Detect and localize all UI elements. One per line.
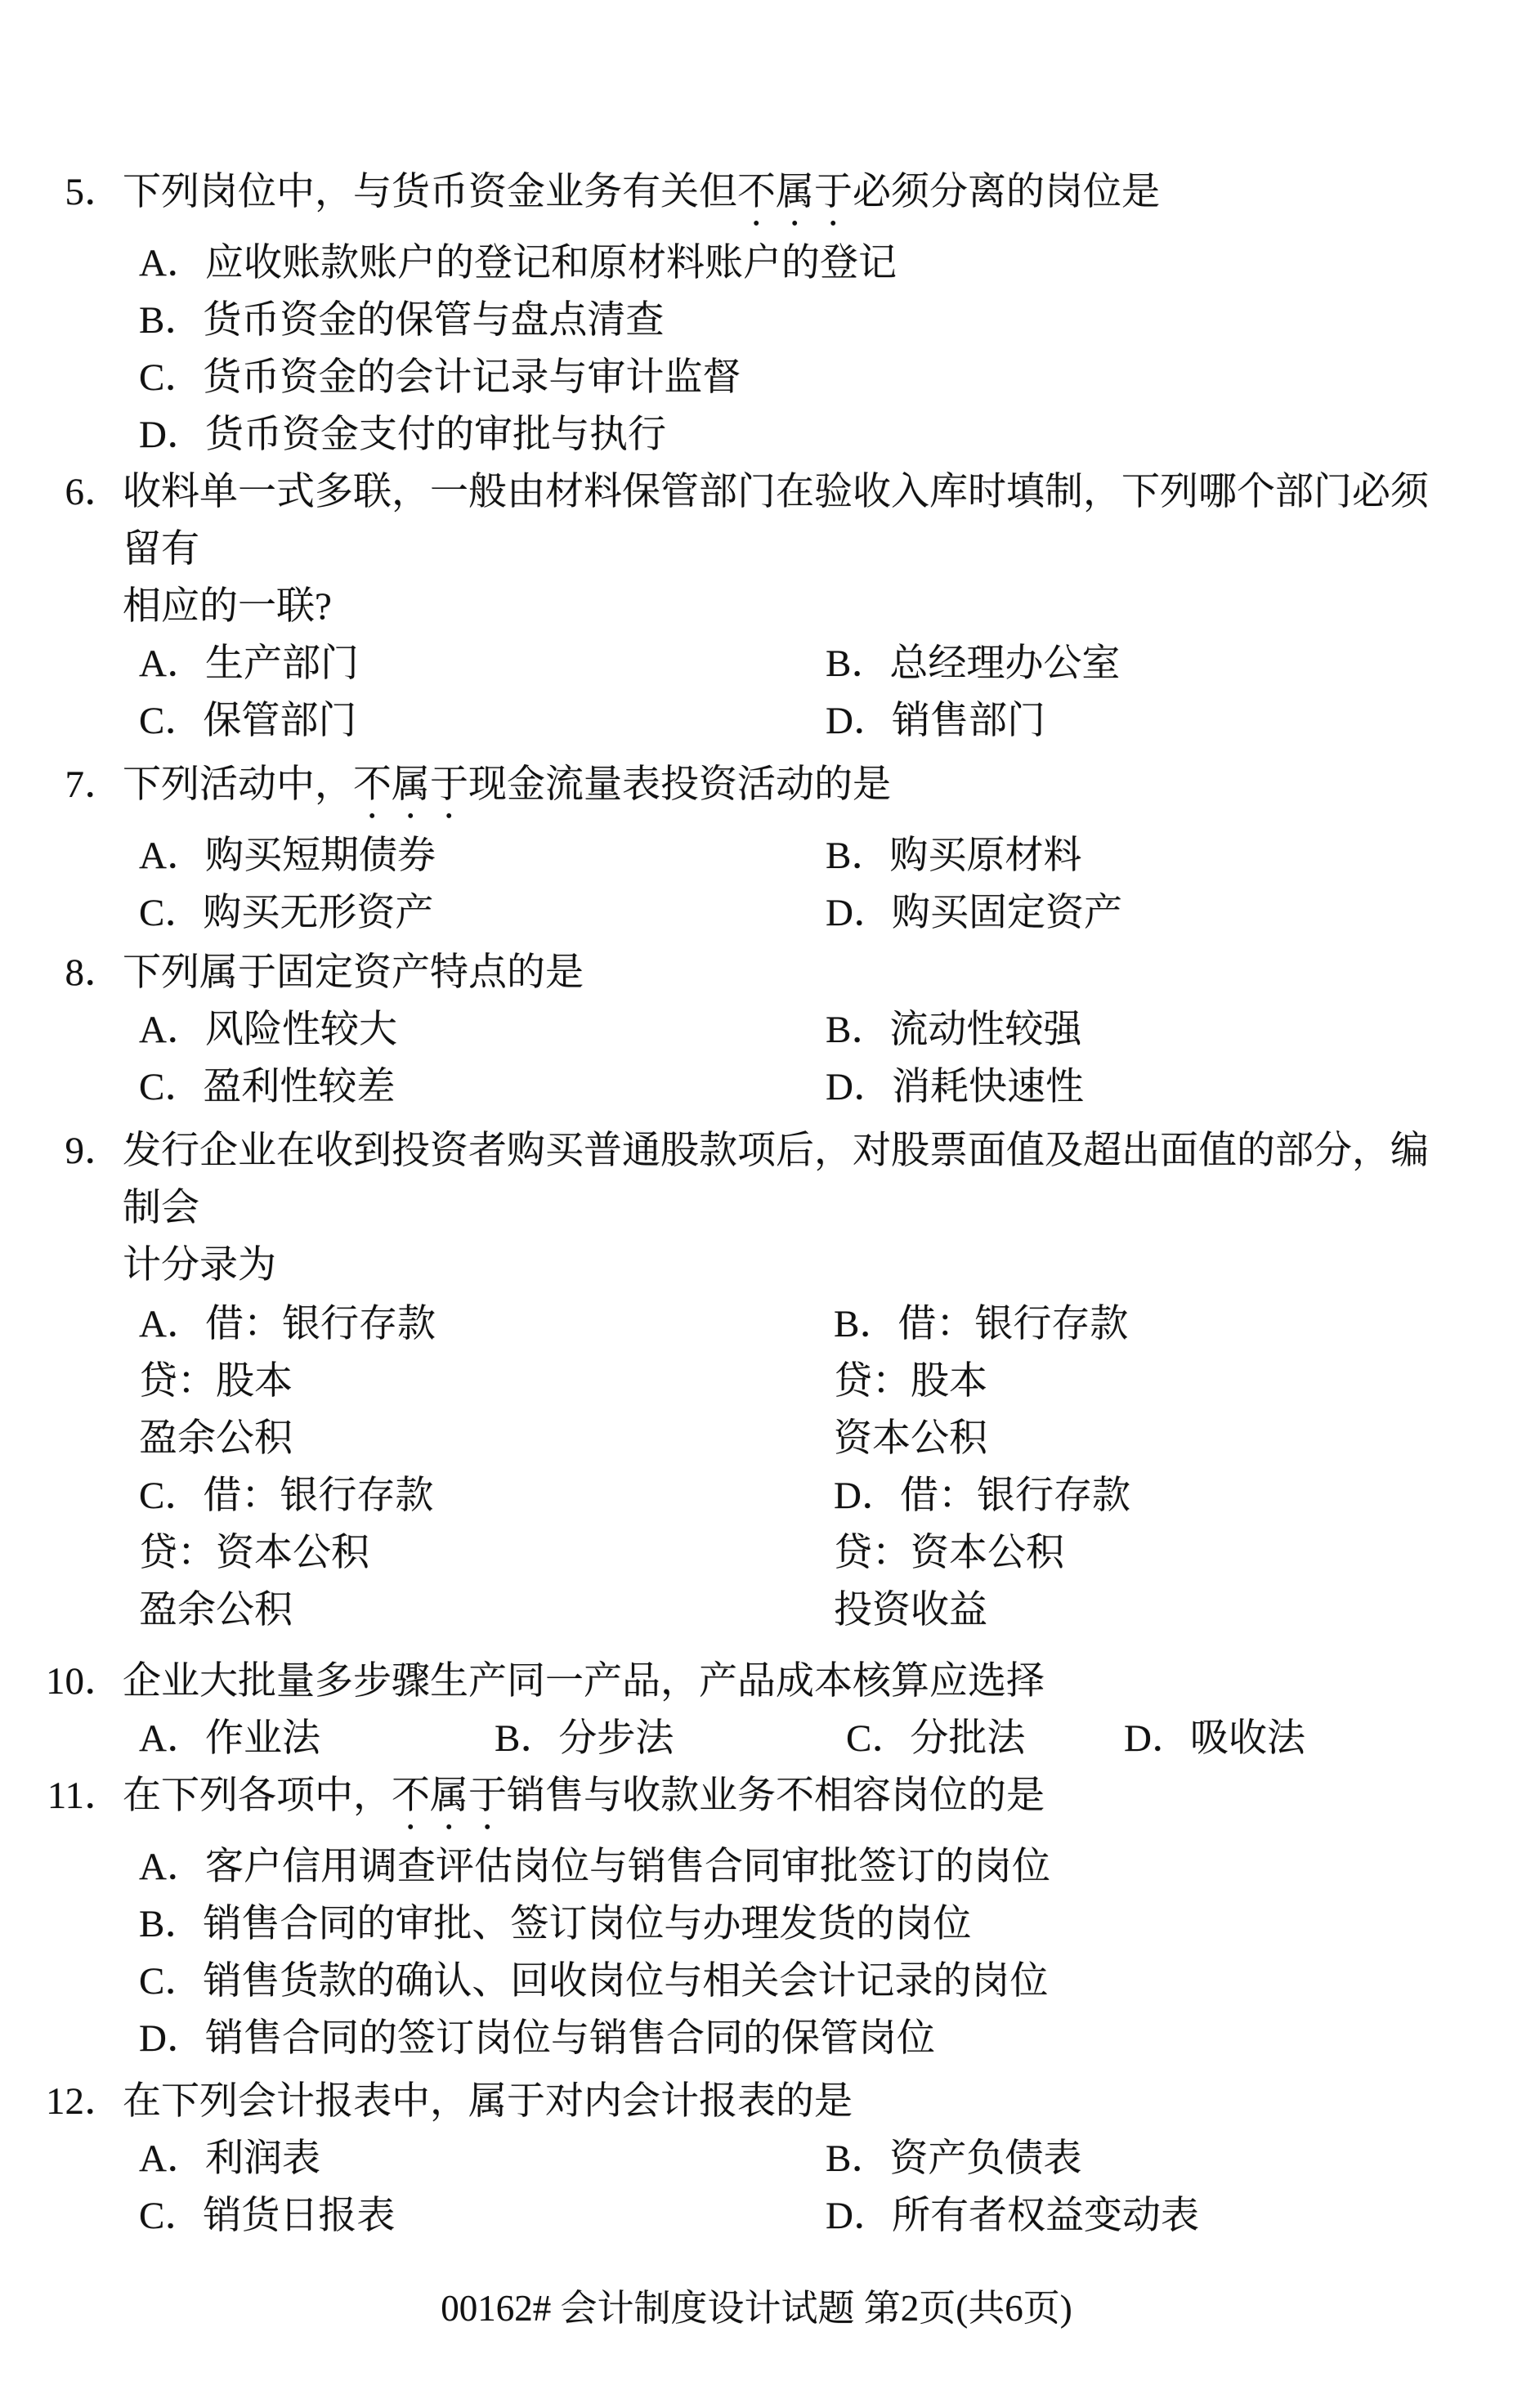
option-a: A．作业法 (139, 1710, 495, 1767)
question-12: 12．在下列会计报表中，属于对内会计报表的是 A．利润表 B．资产负债表 C．销… (123, 2073, 1464, 2245)
option-d: D．吸收法 (1124, 1710, 1464, 1767)
option-a: A．利润表 (139, 2130, 826, 2187)
question-9: 9．发行企业在收到投资者购买普通股款项后，对股票面值及超出面值的部分，编制会计分… (123, 1122, 1464, 1639)
option-d: D．货币资金支付的审批与执行 (139, 406, 1464, 463)
question-12-stem: 12．在下列会计报表中，属于对内会计报表的是 (123, 2073, 1464, 2130)
question-9-number: 9． (0, 1122, 123, 1179)
option-b: B．分步法 (495, 1710, 846, 1767)
option-c: C．保管部门 (139, 692, 826, 750)
journal-debit-line: C．借：银行存款 (139, 1467, 834, 1524)
option-d: D．购买固定资产 (826, 884, 1464, 942)
option-d-journal-entry: D．借：银行存款 贷：资本公积 投资收益 (834, 1467, 1464, 1639)
question-6-options: A．生产部门 B．总经理办公室 C．保管部门 D．销售部门 (123, 635, 1464, 750)
page-footer: 00162# 会计制度设计试题 第2页(共6页) (0, 2280, 1513, 2337)
question-5: 5．下列岗位中，与货币资金业务有关但不属于必须分离的岗位是 A．应收账款账户的登… (123, 163, 1464, 463)
question-11-stem: 11．在下列各项中，不属于销售与收款业务不相容岗位的是 (123, 1767, 1464, 1838)
option-d: D．所有者权益变动表 (826, 2187, 1464, 2245)
stem-text: 发行企业在收到投资者购买普通股款项后，对股票面值及超出面值的部分，编制会 (123, 1130, 1429, 1229)
option-b: B．购买原材料 (826, 827, 1464, 884)
stem-emphasis: 不属于 (353, 763, 468, 806)
question-7-options: A．购买短期债券 B．购买原材料 C．购买无形资产 D．购买固定资产 (123, 827, 1464, 942)
option-b: B．流动性较强 (826, 1001, 1464, 1059)
stem-text: 必须分离的岗位是 (853, 171, 1160, 213)
question-11-number: 11． (0, 1767, 123, 1824)
question-8: 8．下列属于固定资产特点的是 A．风险性较大 B．流动性较强 C．盈利性较差 D… (123, 944, 1464, 1116)
option-c: C．盈利性较差 (139, 1059, 826, 1116)
option-a-journal-entry: A．借：银行存款 贷：股本 盈余公积 (139, 1296, 834, 1467)
question-6-number: 6． (0, 463, 123, 521)
journal-credit-line: 贷：资本公积 (139, 1524, 834, 1582)
journal-credit-line2: 资本公积 (834, 1410, 1464, 1467)
option-c: C．销货日报表 (139, 2187, 826, 2245)
stem-text: 在下列各项中， (123, 1775, 392, 1817)
option-b: B．总经理办公室 (826, 635, 1464, 692)
stem-text: 企业大批量多步骤生产同一产品，产品成本核算应选择 (123, 1660, 1045, 1703)
journal-credit-line: 贷：股本 (139, 1353, 834, 1410)
question-7: 7．下列活动中，不属于现金流量表投资活动的是 A．购买短期债券 B．购买原材料 … (123, 756, 1464, 942)
question-10-stem: 10．企业大批量多步骤生产同一产品，产品成本核算应选择 (123, 1653, 1464, 1710)
question-12-number: 12． (0, 2073, 123, 2130)
option-b: B．货币资金的保管与盘点清查 (139, 292, 1464, 349)
journal-credit-line: 贷：股本 (834, 1353, 1464, 1410)
question-7-number: 7． (0, 756, 123, 813)
option-c: C．销售货款的确认、回收岗位与相关会计记录的岗位 (139, 1953, 1464, 2010)
question-10-number: 10． (0, 1653, 123, 1710)
stem-text: 相应的一联? (123, 585, 332, 628)
stem-text: 下列活动中， (123, 763, 353, 806)
option-a: A．生产部门 (139, 635, 826, 692)
journal-credit-line2: 盈余公积 (139, 1582, 834, 1639)
option-c: C．分批法 (846, 1710, 1124, 1767)
stem-emphasis: 不属于 (737, 171, 853, 213)
question-8-options: A．风险性较大 B．流动性较强 C．盈利性较差 D．消耗快速性 (123, 1001, 1464, 1116)
option-c-journal-entry: C．借：银行存款 贷：资本公积 盈余公积 (139, 1467, 834, 1639)
question-6: 6．收料单一式多联，一般由材料保管部门在验收入库时填制，下列哪个部门必须留有相应… (123, 463, 1464, 750)
question-8-stem: 8．下列属于固定资产特点的是 (123, 944, 1464, 1001)
option-a: A．应收账款账户的登记和原材料账户的登记 (139, 235, 1464, 292)
option-a: A．客户信用调查评估岗位与销售合同审批签订的岗位 (139, 1838, 1464, 1896)
question-9-stem: 9．发行企业在收到投资者购买普通股款项后，对股票面值及超出面值的部分，编制会计分… (123, 1122, 1464, 1294)
stem-text: 销售与收款业务不相容岗位的是 (507, 1775, 1045, 1817)
journal-credit-line2: 投资收益 (834, 1582, 1464, 1639)
question-8-number: 8． (0, 944, 123, 1001)
journal-debit-line: D．借：银行存款 (834, 1467, 1464, 1524)
stem-text: 计分录为 (123, 1244, 276, 1287)
question-5-options: A．应收账款账户的登记和原材料账户的登记 B．货币资金的保管与盘点清查 C．货币… (123, 235, 1464, 463)
journal-debit-line: B．借：银行存款 (834, 1296, 1464, 1353)
journal-credit-line2: 盈余公积 (139, 1410, 834, 1467)
page-footer-text: 00162# 会计制度设计试题 第2页(共6页) (441, 2288, 1072, 2329)
journal-credit-line: 贷：资本公积 (834, 1524, 1464, 1582)
journal-debit-line: A．借：银行存款 (139, 1296, 834, 1353)
question-11-options: A．客户信用调查评估岗位与销售合同审批签订的岗位 B．销售合同的审批、签订岗位与… (123, 1838, 1464, 2067)
question-12-options: A．利润表 B．资产负债表 C．销货日报表 D．所有者权益变动表 (123, 2130, 1464, 2245)
option-b: B．资产负债表 (826, 2130, 1464, 2187)
stem-text: 下列岗位中，与货币资金业务有关但 (123, 171, 737, 213)
option-d: D．消耗快速性 (826, 1059, 1464, 1116)
option-d: D．销售合同的签订岗位与销售合同的保管岗位 (139, 2010, 1464, 2067)
option-c: C．购买无形资产 (139, 884, 826, 942)
exam-page: 5．下列岗位中，与货币资金业务有关但不属于必须分离的岗位是 A．应收账款账户的登… (0, 0, 1513, 2337)
option-b-journal-entry: B．借：银行存款 贷：股本 资本公积 (834, 1296, 1464, 1467)
question-6-stem: 6．收料单一式多联，一般由材料保管部门在验收入库时填制，下列哪个部门必须留有相应… (123, 463, 1464, 635)
option-a: A．购买短期债券 (139, 827, 826, 884)
stem-text: 下列属于固定资产特点的是 (123, 951, 584, 994)
option-a: A．风险性较大 (139, 1001, 826, 1059)
stem-emphasis: 不属于 (392, 1775, 507, 1817)
question-9-options: A．借：银行存款 贷：股本 盈余公积 B．借：银行存款 贷：股本 资本公积 C．… (123, 1296, 1464, 1639)
question-10: 10．企业大批量多步骤生产同一产品，产品成本核算应选择 A．作业法 B．分步法 … (123, 1653, 1464, 1767)
stem-text: 现金流量表投资活动的是 (468, 763, 891, 806)
option-b: B．销售合同的审批、签订岗位与办理发货的岗位 (139, 1896, 1464, 1953)
question-10-options: A．作业法 B．分步法 C．分批法 D．吸收法 (123, 1710, 1464, 1767)
question-5-number: 5． (0, 163, 123, 221)
option-c: C．货币资金的会计记录与审计监督 (139, 349, 1464, 406)
question-5-stem: 5．下列岗位中，与货币资金业务有关但不属于必须分离的岗位是 (123, 163, 1464, 235)
question-7-stem: 7．下列活动中，不属于现金流量表投资活动的是 (123, 756, 1464, 827)
stem-text: 收料单一式多联，一般由材料保管部门在验收入库时填制，下列哪个部门必须留有 (123, 471, 1429, 571)
question-11: 11．在下列各项中，不属于销售与收款业务不相容岗位的是 A．客户信用调查评估岗位… (123, 1767, 1464, 2067)
option-d: D．销售部门 (826, 692, 1464, 750)
stem-text: 在下列会计报表中，属于对内会计报表的是 (123, 2080, 853, 2123)
